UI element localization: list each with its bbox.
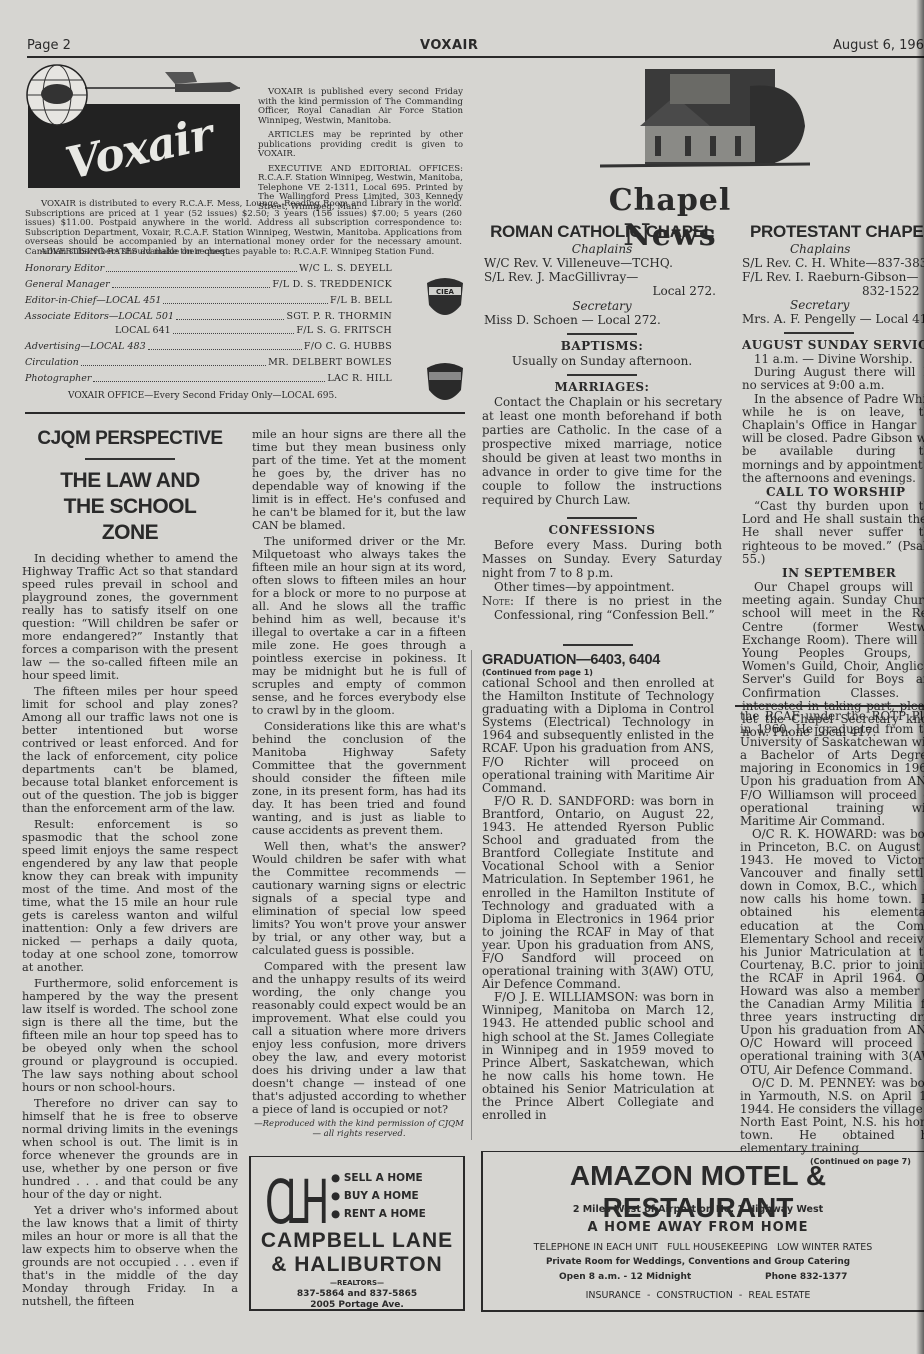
divider [784, 332, 854, 334]
clh-monogram: CLH [265, 1167, 323, 1237]
prot-chaplains-label: Chaplains [742, 242, 924, 256]
rc-chaplain-1: W/C Rev. V. Villeneuve—TCHQ. [482, 256, 722, 270]
divider [567, 517, 637, 519]
prot-chaplain-2: F/L Rev. I. Raeburn-Gibson— [742, 270, 924, 284]
staff-row: Editor-in-Chief—LOCAL 451F/L B. BELL [25, 294, 392, 308]
publication-name: VOXAIR [420, 38, 478, 53]
issue-date: August 6, 1965 [833, 38, 924, 53]
staff-row: Associate Editors—LOCAL 501SGT. P. R. TH… [25, 310, 392, 324]
graduation-column-1: cational School and then enrolled at the… [482, 677, 714, 1122]
column-divider [471, 650, 472, 1140]
voxair-logo: Voxair [25, 62, 243, 188]
article-column-1: In deciding whether to amend the Highway… [22, 552, 238, 1308]
badge-text: CIEA [436, 288, 455, 296]
ciea-badge-icon: CIEA [425, 275, 465, 323]
clh-bullet: ● RENT A HOME [331, 1205, 426, 1223]
call-to-worship-heading: CALL TO WORSHIP [742, 485, 924, 500]
page-number: Page 2 [27, 38, 71, 53]
amazon-private-room: Private Room for Weddings, Conventions a… [483, 1257, 913, 1267]
marriages-text: Contact the Chaplain or his secretary at… [482, 395, 722, 507]
divider [567, 333, 637, 335]
rc-chaplains-label: Chaplains [482, 242, 722, 256]
page-edge-shadow [916, 0, 924, 1354]
clh-address: 2005 Portage Ave. [251, 1300, 463, 1311]
staff-row: General ManagerF/L D. S. TREDDENICK [25, 278, 392, 292]
call-to-worship-text: “Cast thy burden upon the Lord and He sh… [742, 500, 924, 566]
rc-secretary-label: Secretary [482, 299, 722, 313]
header-rule [27, 56, 924, 58]
amazon-features: TELEPHONE IN EACH UNIT FULL HOUSEKEEPING… [483, 1242, 923, 1253]
staff-row: CirculationMR. DELBERT BOWLES [25, 356, 392, 370]
marriages-heading: MARRIAGES: [482, 380, 722, 395]
divider [563, 644, 633, 646]
amazon-phone: Phone 832-1377 [765, 1272, 847, 1282]
staff-row: PhotographerLAC R. HILL [25, 372, 392, 386]
article-kicker: CJQM PERSPECTIVE [22, 428, 238, 450]
rc-secretary: Miss D. Schoen — Local 272. [482, 313, 722, 327]
rc-chaplain-2-local: Local 272. [482, 284, 722, 298]
article-credit: —Reproduced with the kind permission of … [252, 1119, 466, 1139]
amazon-hours: Open 8 a.m. - 12 Midnight [559, 1272, 691, 1282]
services-text: 11 a.m. — Divine Worship. During August … [742, 353, 924, 485]
september-heading: IN SEPTEMBER [742, 566, 924, 581]
prot-secretary-label: Secretary [742, 298, 924, 312]
confessions-heading: CONFESSIONS [482, 523, 722, 538]
clh-name-line-1: CAMPBELL LANE [251, 1229, 463, 1253]
confessions-text: Before every Mass. During both Masses on… [482, 538, 722, 622]
amazon-services: INSURANCE - CONSTRUCTION - REAL ESTATE [483, 1290, 913, 1301]
rcaf-badge-icon [425, 360, 465, 408]
clh-bullet: ● BUY A HOME [331, 1187, 426, 1205]
protestant-chapel-title: PROTESTANT CHAPEL [742, 222, 924, 242]
baptisms-text: Usually on Sunday afternoon. [482, 354, 722, 368]
masthead-intro-1: VOXAIR is published every second Friday … [258, 88, 463, 126]
staff-row: LOCAL 641F/L S. G. FRITSCH [25, 324, 392, 338]
rc-chapel-title: ROMAN CATHOLIC CHAPEL [482, 222, 722, 242]
article-column-2: mile an hour signs are there all the tim… [252, 428, 466, 1116]
amazon-location: 2 Miles West of Airport on No. 1 Highway… [483, 1204, 913, 1215]
clh-phones: 837-5864 and 837-5865 [251, 1289, 463, 1300]
prot-secretary: Mrs. A. F. Pengelly — Local 417. [742, 312, 924, 326]
clh-tag: —REALTORS— [251, 1279, 463, 1287]
staff-row: Advertising—LOCAL 483F/O C. G. HUBBS [25, 340, 392, 354]
campbell-lane-ad: CLH ● SELL A HOME ● BUY A HOME ● RENT A … [249, 1156, 465, 1311]
prot-chaplain-1: S/L Rev. C. H. White—837-3832. [742, 256, 924, 270]
masthead-intro-2: ARTICLES may be reprinted by other publi… [258, 131, 463, 160]
graduation-column-2: the RCAF under the ROTP Plan in 1960. He… [740, 710, 924, 1155]
voxair-office: VOXAIR OFFICE—Every Second Friday Only—L… [68, 392, 337, 402]
staff-row: Honorary EditorW/C L. S. DEYELL [25, 262, 392, 276]
chapel-illustration-icon [600, 66, 820, 174]
section-rule [25, 412, 465, 414]
masthead-advertising: ADVERTISING RATES available on request. [40, 248, 231, 258]
staff-list: Honorary EditorW/C L. S. DEYELL General … [25, 262, 392, 386]
amazon-motel-ad: AMAZON MOTEL & RESTAURANT 2 Miles West o… [481, 1151, 924, 1312]
rc-chaplain-2: S/L Rev. J. MacGillivray— [482, 270, 722, 284]
baptisms-heading: BAPTISMS: [482, 339, 722, 354]
services-heading: AUGUST SUNDAY SERVICES [742, 338, 924, 353]
kicker-rule [85, 458, 175, 460]
graduation-title: GRADUATION—6403, 6404 [482, 652, 714, 668]
amazon-slogan: A HOME AWAY FROM HOME [483, 1220, 913, 1235]
divider [567, 374, 637, 376]
clh-bullet: ● SELL A HOME [331, 1169, 426, 1187]
clh-name-line-2: & HALIBURTON [251, 1253, 463, 1277]
graduation-rule [735, 705, 924, 707]
prot-chaplain-2-phone: 832-1522 [742, 284, 924, 298]
article-title: THE LAW AND THE SCHOOL ZONE [42, 468, 218, 546]
